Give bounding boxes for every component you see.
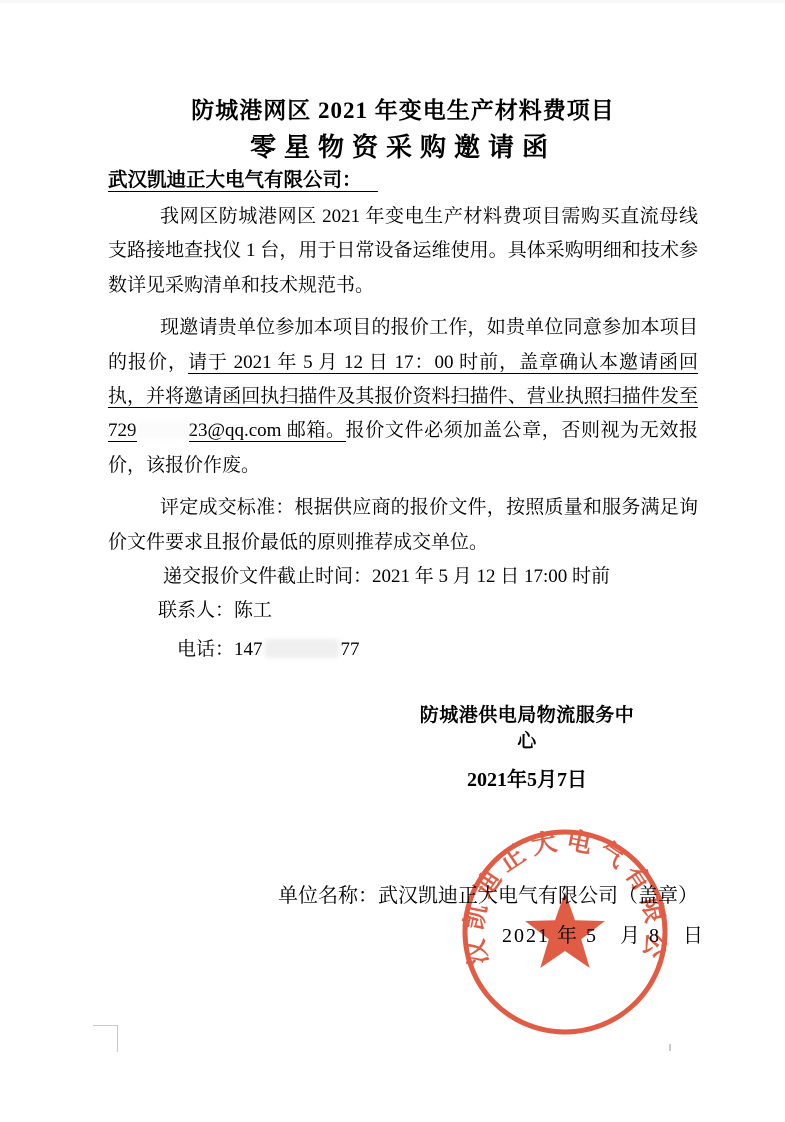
deadline-line: 递交报价文件截止时间：2021 年 5 月 12 日 17:00 时前: [108, 560, 698, 594]
company-seal-stamp: 武汉凯迪正大电气有限公司: [455, 822, 675, 1042]
email-redaction-blur: [137, 421, 189, 439]
salutation-line: 武汉凯迪正大电气有限公司：: [108, 166, 698, 196]
document-page: 防城港网区 2021 年变电生产材料费项目 零星物资采购邀请函 武汉凯迪正大电气…: [0, 0, 785, 1122]
salutation-text: 武汉凯迪正大电气有限公司：: [108, 170, 378, 192]
doc-title-line1: 防城港网区 2021 年变电生产材料费项目: [108, 93, 698, 129]
letter-body: 防城港网区 2021 年变电生产材料费项目 零星物资采购邀请函 武汉凯迪正大电气…: [108, 93, 698, 667]
signer-name: 防城港供电局物流服务中心: [413, 703, 641, 755]
phone-prefix: 电话：147: [177, 639, 263, 660]
paragraph-1: 我网区防城港网区 2021 年变电生产材料费项目需购买直流母线支路接地查找仪 1…: [108, 200, 698, 303]
text-boundary-tick-mark: [669, 1044, 671, 1051]
paragraph-2: 现邀请贵单位参加本项目的报价工作，如贵单位同意参加本项目的报价，请于 2021 …: [108, 311, 698, 483]
seal-star-icon: [525, 892, 605, 968]
paragraph-2-underlined-b: 23@qq.com 邮箱。: [189, 420, 346, 442]
signature-date: 2021年5月7日: [413, 767, 641, 793]
page-top-edge: [0, 0, 785, 3]
paragraph-3: 评定成交标准：根据供应商的报价文件，按照质量和服务满足询价文件要求且报价最低的原…: [108, 491, 698, 560]
signature-block: 防城港供电局物流服务中心 2021年5月7日: [413, 703, 641, 793]
text-boundary-corner-mark: [93, 1025, 118, 1052]
phone-line: 电话：14777: [108, 633, 698, 667]
doc-title-line2: 零星物资采购邀请函: [108, 131, 698, 165]
phone-suffix: 77: [341, 639, 360, 660]
phone-redaction-blur: [265, 639, 339, 658]
contact-line: 联系人：陈工: [108, 594, 698, 628]
